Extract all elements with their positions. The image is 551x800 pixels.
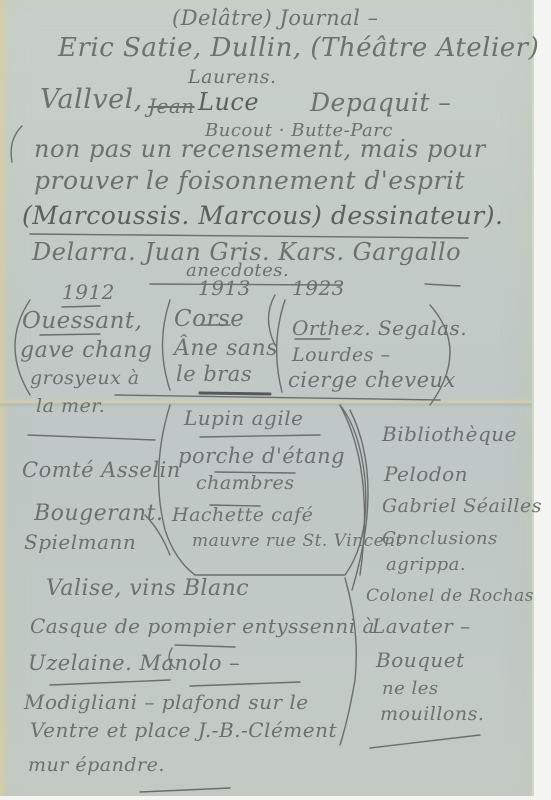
line-luce: Luce (198, 90, 259, 114)
left-line1: Comté Asselin (22, 460, 181, 481)
left-line7: Modigliani – plafond sur le (24, 692, 309, 712)
right-line5: agrippa. (386, 556, 466, 574)
box-line1: Lupin agile (184, 408, 303, 428)
line-foisonnement: prouver le foisonnement d'esprit (34, 168, 465, 193)
year-1913: 1913 (198, 278, 251, 298)
right-line8: Bouquet (376, 650, 465, 670)
col1-line4: la mer. (36, 397, 105, 416)
line-recensement: non pas un recensement, mais pour (34, 137, 486, 161)
right-line10: mouillons. (380, 705, 484, 724)
box-line5: mauvre rue St. Vincent (192, 533, 403, 550)
box-line4: Hachette café (172, 506, 313, 525)
left-line3: Spielmann (24, 532, 136, 552)
col3-line3: cierge cheveux (288, 370, 456, 391)
left-line4: Valise, vins Blanc (46, 578, 249, 600)
col1-line3: grosyeux à (30, 369, 140, 388)
right-line1: Bibliothèque (382, 424, 517, 444)
manuscript-page: (Delâtre) Journal – Eric Satie, Dullin, … (0, 0, 534, 796)
col3-line1: Orthez. Segalas. (292, 318, 467, 338)
col2-line1: Corse (174, 308, 244, 331)
col2-line3: le bras (176, 364, 252, 385)
right-line6: Colonel de Rochas (366, 588, 534, 605)
line-depaquit: Depaquit – (310, 90, 451, 115)
left-line2: Bougerant. (34, 503, 163, 525)
year-1912: 1912 (62, 282, 115, 302)
box-line3: chambres (196, 474, 294, 493)
line-marcoussis: (Marcoussis. Marcous) dessinateur). (22, 203, 503, 228)
left-line6: Uzelaine. Manolo – (28, 653, 240, 674)
box-line2: porche d'étang (178, 446, 345, 467)
line-vallvel: Vallvel, (40, 86, 143, 113)
right-line2: Pelodon (384, 464, 468, 484)
col1-line2: gave chang (20, 340, 153, 362)
col3-line2: Lourdes – (292, 346, 391, 365)
right-line3: Gabriel Séailles (382, 497, 542, 516)
right-line7: Lavater – (372, 616, 471, 636)
line-laurens: Laurens. (188, 68, 277, 87)
col2-line2: Âne sans (174, 338, 278, 360)
struck-word: Jean (148, 96, 195, 116)
line-journal: (Delâtre) Journal – (172, 8, 379, 29)
right-line9: ne les (382, 680, 439, 698)
right-line4: Conclusions (382, 530, 498, 548)
col1-line1: Ouessant, (22, 310, 142, 333)
left-line5: Casque de pompier entyssenni à (30, 616, 375, 636)
line-satie-dullin: Eric Satie, Dullin, (Théâtre Atelier) (58, 35, 539, 61)
left-line9: mur épandre. (28, 756, 165, 775)
left-line8: Ventre et place J.-B.-Clément (30, 720, 337, 740)
year-1923: 1923 (292, 278, 345, 298)
